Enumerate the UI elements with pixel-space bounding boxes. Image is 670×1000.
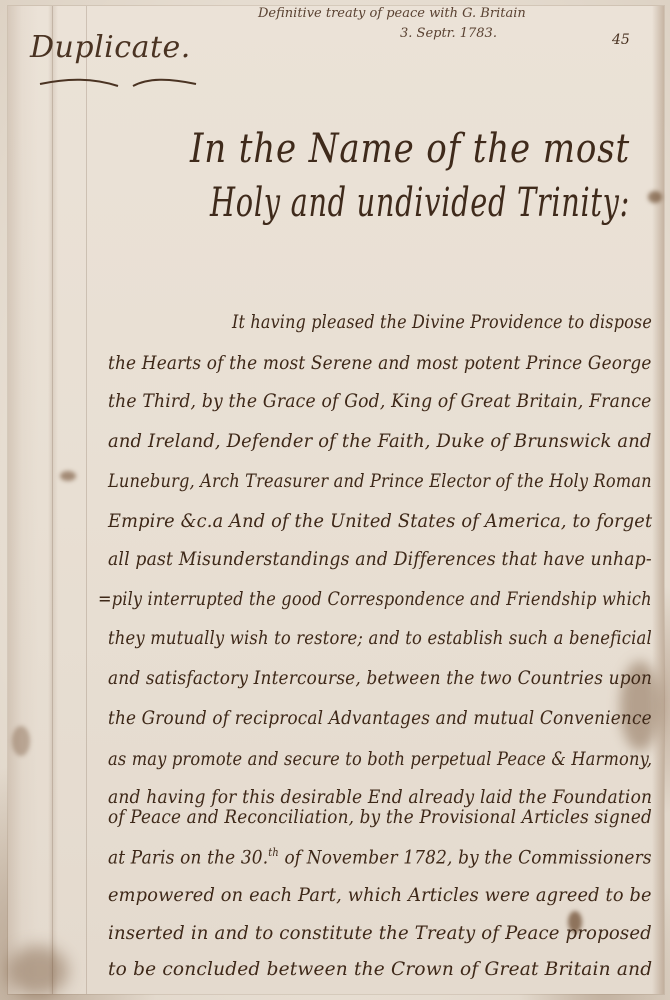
ink-stain <box>648 191 662 203</box>
body-line-11: the Ground of reciprocal Advantages and … <box>108 707 652 729</box>
body-line-7: all past Misunderstandings and Differenc… <box>108 548 652 570</box>
fold-line <box>52 6 53 994</box>
document-page: Definitive treaty of peace with G. Brita… <box>0 0 670 1000</box>
archival-note-line1: Definitive treaty of peace with G. Brita… <box>258 6 526 21</box>
ink-stain <box>12 726 30 756</box>
body-line-4: and Ireland, Defender of the Faith, Duke… <box>108 430 652 452</box>
ink-stain <box>8 946 68 996</box>
body-line-15: at Paris on the 30.th of November 1782, … <box>108 846 652 868</box>
body-line-8: =pily interrupted the good Correspondenc… <box>98 588 652 610</box>
body-line-13: and having for this desirable End alread… <box>108 786 652 808</box>
page-number: 45 <box>612 32 630 48</box>
body-line-10: and satisfactory Intercourse, between th… <box>108 667 652 689</box>
body-line-2: the Hearts of the most Serene and most p… <box>108 352 652 374</box>
heading-line-1: In the Name of the most <box>190 126 630 172</box>
heading-line-2: Holy and undivided Trinity: <box>210 180 630 226</box>
body-line-3: the Third, by the Grace of God, King of … <box>108 390 652 412</box>
body-line-6: Empire &c.a And of the United States of … <box>108 510 652 532</box>
body-line-5: Luneburg, Arch Treasurer and Prince Elec… <box>108 470 652 492</box>
flourish-icon <box>38 76 198 90</box>
line15-after: of November 1782, by the Commissioners <box>279 846 652 868</box>
archival-note-line2: 3. Septr. 1783. <box>400 26 497 41</box>
body-line-14: of Peace and Reconciliation, by the Prov… <box>108 806 652 828</box>
duplicate-label: Duplicate. <box>30 30 191 65</box>
body-line-12: as may promote and secure to both perpet… <box>108 748 652 770</box>
body-line-17: inserted in and to constitute the Treaty… <box>108 922 652 944</box>
ink-stain <box>60 471 76 481</box>
body-line-9: they mutually wish to restore; and to es… <box>108 627 652 649</box>
line15-before: at Paris on the 30. <box>108 846 268 868</box>
body-line-16: empowered on each Part, which Articles w… <box>108 884 652 906</box>
body-line-18: to be concluded between the Crown of Gre… <box>108 958 652 980</box>
fold-line <box>86 6 87 994</box>
line15-superscript: th <box>268 846 279 859</box>
body-line-1: It having pleased the Divine Providence … <box>232 311 652 333</box>
